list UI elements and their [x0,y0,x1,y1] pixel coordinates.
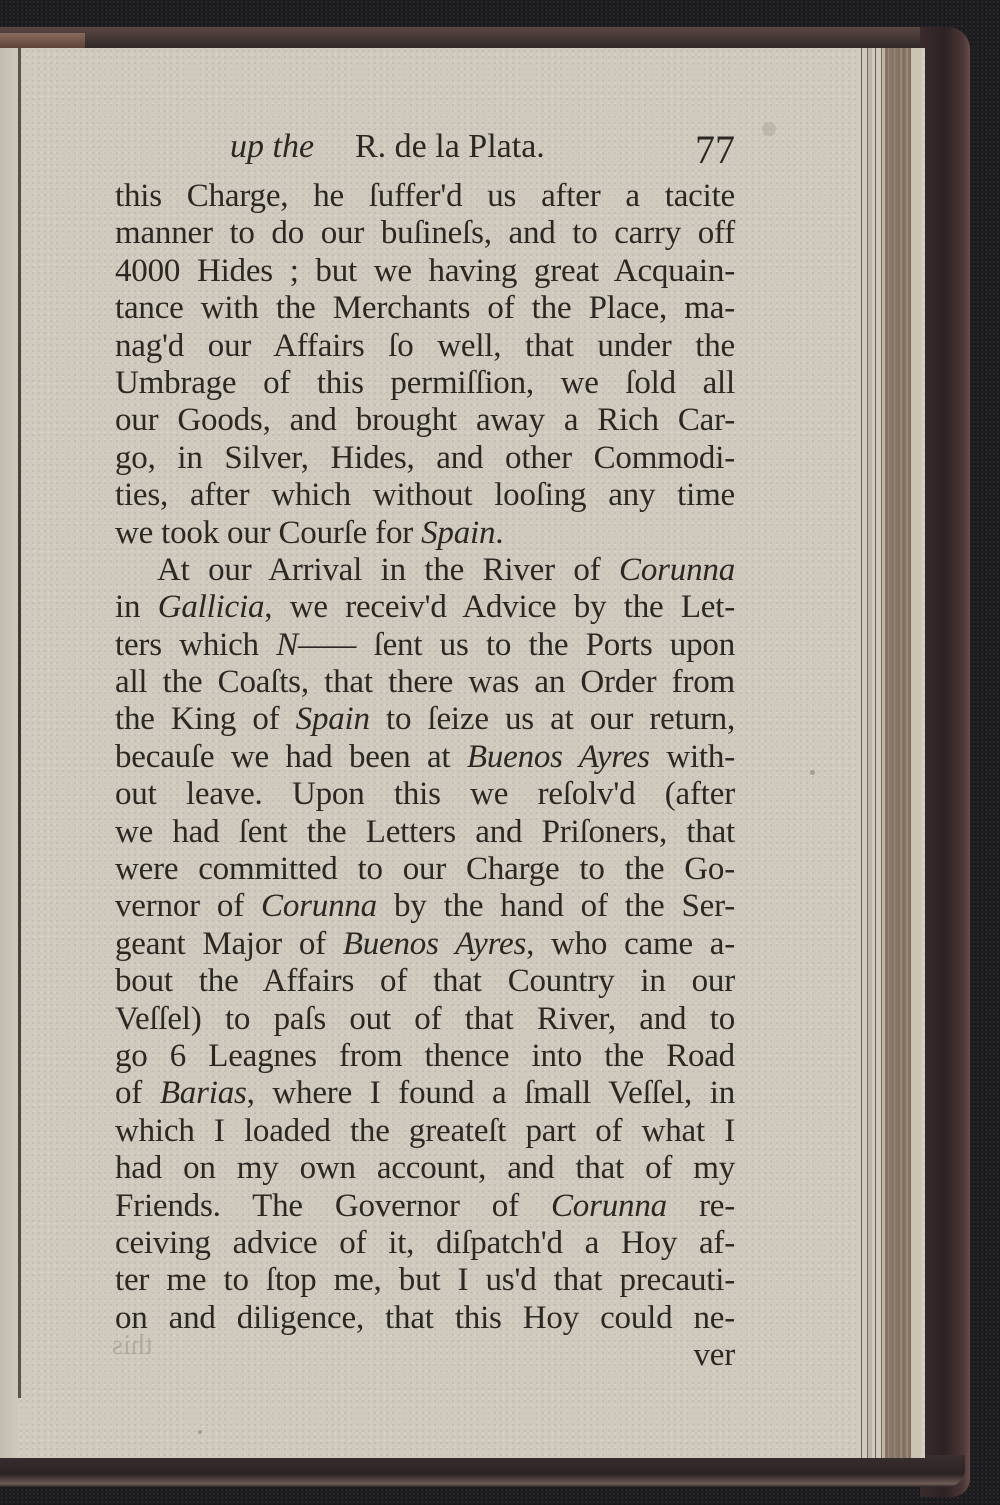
text-line: all the Coaſts, that there was an Order … [115,664,735,701]
text-line: were committed to our Charge to the Go- [115,851,735,888]
text-line: Friends. The Governor of Corunna re- [115,1188,735,1225]
text-line: the King of Spain to ſeize us at our ret… [115,701,735,738]
gutter-shadow [0,48,18,1458]
text-line: ters which N—— ſent us to the Ports upon [115,627,735,664]
page-stack-stain [885,48,911,1458]
text-line: 4000 Hides ; but we having great Acquain… [115,253,735,290]
text-line: which I loaded the greateſt part of what… [115,1113,735,1150]
running-head-italic: up the [230,128,314,166]
text-line: ties, after which without looſing any ti… [115,477,735,514]
catchword: ver [115,1337,735,1374]
book-cover-bottom-edge [0,1455,965,1487]
text-line: Veſſel) to paſs out of that River, and t… [115,1001,735,1038]
text-line: go 6 Leagnes from thence into the Road [115,1038,735,1075]
text-line: our Goods, and brought away a Rich Car- [115,402,735,439]
text-line: go, in Silver, Hides, and other Commodi- [115,440,735,477]
text-line: becauſe we had been at Buenos Ayres with… [115,739,735,776]
text-line: geant Major of Buenos Ayres, who came a- [115,926,735,963]
running-head-title: R. de la Plata. [355,128,545,166]
text-line-paragraph-start: At our Arrival in the River of Corunna [115,552,735,589]
book-cover-top-edge [0,27,965,49]
gutter-line [18,48,21,1398]
text-line: ter me to ſtop me, but I us'd that preca… [115,1262,735,1299]
text-line: on and diligence, that this Hoy could ne… [115,1300,735,1337]
book-cover-worn-corner [0,33,85,49]
text-line: tance with the Merchants of the Place, m… [115,290,735,327]
text-line: nag'd our Affairs ſo well, that under th… [115,328,735,365]
paper-spot [198,1430,202,1434]
text-line: manner to do our buſineſs, and to carry … [115,215,735,252]
page-number: 77 [695,126,735,173]
text-line: this Charge, he ſuffer'd us after a taci… [115,178,735,215]
text-line: vernor of Corunna by the hand of the Ser… [115,888,735,925]
page-stack-edge [911,48,921,1458]
text-line: Umbrage of this permiſſion, we ſold all [115,365,735,402]
text-line: out leave. Upon this we reſolv'd (after [115,776,735,813]
text-line: in Gallicia, we receiv'd Advice by the L… [115,589,735,626]
text-line: we had ſent the Letters and Priſoners, t… [115,814,735,851]
body-text: this Charge, he ſuffer'd us after a taci… [115,178,735,1375]
book-cover-right-edge [920,27,970,1497]
running-head: up the R. de la Plata. 77 [115,128,735,178]
text-line: ceiving advice of it, diſpatch'd a Hoy a… [115,1225,735,1262]
text-line: of Barias, where I found a ſmall Veſſel,… [115,1075,735,1112]
page-text-block: up the R. de la Plata. 77 this Charge, h… [115,128,735,1375]
text-line: bout the Affairs of that Country in our [115,963,735,1000]
paper-spot [762,122,776,136]
text-line-paragraph-end: we took our Courſe for Spain. [115,515,735,552]
text-line: had on my own account, and that of my [115,1150,735,1187]
paper-spot [810,770,815,775]
